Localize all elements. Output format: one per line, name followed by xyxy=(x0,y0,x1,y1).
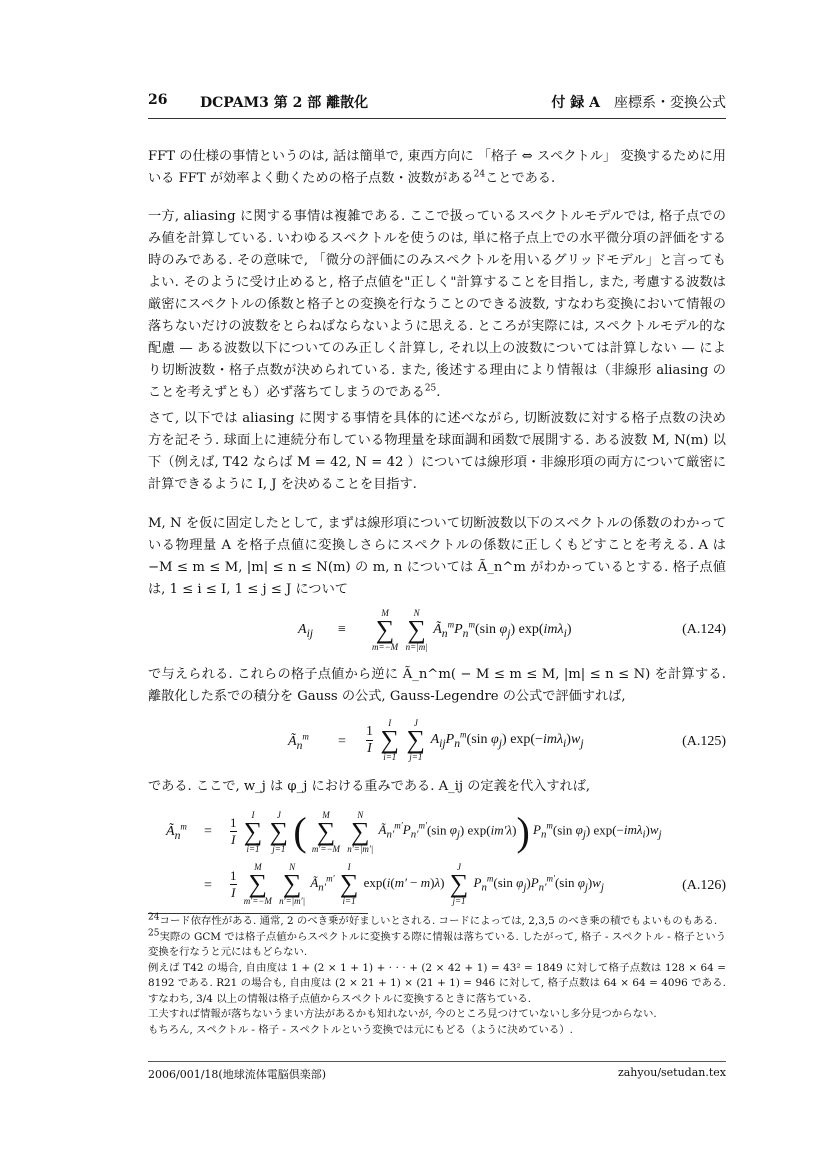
equation-lhs: Ãnm xyxy=(166,824,187,842)
footer-filename: zahyou/setudan.tex xyxy=(618,1066,726,1079)
paragraph-fft: FFT の仕様の事情というのは, 話は簡単で, 東西方向に 「格子 ⇔ スペクト… xyxy=(148,146,726,190)
header-rule xyxy=(148,118,726,119)
equation-a124: Aij ≡ M∑m=−M N∑n=|m| ÃnmPnm(sin φj) exp(… xyxy=(148,608,726,656)
paragraph-aliasing: 一方, aliasing に関する事情は複雑である. ここで扱っているスペクトル… xyxy=(148,206,726,404)
paragraph-tail: ことである. xyxy=(485,171,555,186)
equation-relation: = xyxy=(204,824,212,840)
equation-number: (A.126) xyxy=(682,878,726,894)
equation-lhs: Aij xyxy=(298,622,313,640)
appendix-title: 座標系・変換公式 xyxy=(614,95,726,111)
equation-relation: ≡ xyxy=(338,622,346,638)
part-title: DCPAM3 第 2 部 離散化 xyxy=(200,92,368,112)
paragraph-inverse: で与えられる. これらの格子点値から逆に Ã_n^m( − M ≤ m ≤ M,… xyxy=(148,664,726,708)
page-number: 26 xyxy=(148,92,167,108)
paragraph-truncation: さて, 以下では aliasing に関する事情を具体的に述べながら, 切断波数… xyxy=(148,408,726,496)
equation-rhs: M∑m=−M N∑n=|m| ÃnmPnm(sin φj) exp(imλi) xyxy=(370,608,572,652)
footer-date: 2006/001/18(地球流体電脳倶楽部) xyxy=(148,1066,326,1082)
paragraph-text: FFT の仕様の事情というのは, 話は簡単で, 東西方向に 「格子 ⇔ スペクト… xyxy=(148,149,726,186)
chapter-title: 付 録 A座標系・変換公式 xyxy=(551,92,726,112)
running-header: 26 DCPAM3 第 2 部 離散化 付 録 A座標系・変換公式 xyxy=(148,92,726,114)
equation-substitution: Ãnm = 1I I∑i=1 J∑j=1 ( M∑m′=−M N∑n′=|m′|… xyxy=(148,808,726,860)
footer-rule xyxy=(148,1061,726,1062)
paragraph-tail: . xyxy=(436,385,440,400)
footnote-25: 25実際の GCM では格子点値からスペクトルに変換する際に情報は落ちている. … xyxy=(148,930,726,961)
paragraph-text: M, N を仮に固定したとして, まずは線形項について切断波数以下のスペクトルの… xyxy=(148,513,726,601)
paragraph-weights: である. ここで, w_j は φ_j における重みである. A_ij の定義を… xyxy=(148,776,726,798)
footnote-ref-24[interactable]: 24 xyxy=(474,170,485,180)
footnote-24: 24コード依存性がある. 通常, 2 のべき乗が好ましいとされる. コードによっ… xyxy=(148,914,726,930)
equation-number: (A.125) xyxy=(682,734,726,750)
equation-rhs: 1I I∑i=1 J∑j=1 AijPnm(sin φj) exp(−imλi)… xyxy=(366,718,584,762)
paragraph-text: で与えられる. これらの格子点値から逆に Ã_n^m( − M ≤ m ≤ M,… xyxy=(148,664,726,708)
footnotes: 24コード依存性がある. 通常, 2 のべき乗が好ましいとされる. コードによっ… xyxy=(148,914,726,1038)
equation-a126: = 1I M∑m′=−M N∑n′=|m′| Ãn′m′ I∑i=1 exp(i… xyxy=(148,862,726,910)
equation-number: (A.124) xyxy=(682,622,726,638)
equation-relation: = xyxy=(338,734,346,750)
footnote-25-example: 例えば T42 の場合, 自由度は 1 + (2 × 1 + 1) + · · … xyxy=(148,961,726,1008)
footnote-25-note: 工夫すれば情報が落ちないうまい方法があるかも知れないが, 今のところ見つけていな… xyxy=(148,1007,726,1023)
paragraph-text: さて, 以下では aliasing に関する事情を具体的に述べながら, 切断波数… xyxy=(148,408,726,496)
equation-rhs: 1I M∑m′=−M N∑n′=|m′| Ãn′m′ I∑i=1 exp(i(m… xyxy=(230,862,604,906)
paragraph-text: である. ここで, w_j は φ_j における重みである. A_ij の定義を… xyxy=(148,776,726,798)
equation-lhs: Ãnm xyxy=(288,734,309,752)
paragraph-text: 一方, aliasing に関する事情は複雑である. ここで扱っているスペクトル… xyxy=(148,209,726,400)
appendix-label: 付 録 A xyxy=(551,95,600,111)
equation-a125: Ãnm = 1I I∑i=1 J∑j=1 AijPnm(sin φj) exp(… xyxy=(148,718,726,768)
footnote-25-remark: もちろん, スペクトル - 格子 - スペクトルという変換では元にもどる（ように… xyxy=(148,1023,726,1039)
equation-rhs: 1I I∑i=1 J∑j=1 ( M∑m′=−M N∑n′=|m′| Ãn′m′… xyxy=(230,808,662,855)
footnote-ref-25[interactable]: 25 xyxy=(425,384,436,394)
equation-relation: = xyxy=(204,878,212,894)
document-page: 26 DCPAM3 第 2 部 離散化 付 録 A座標系・変換公式 FFT の仕… xyxy=(0,0,826,1169)
paragraph-linear-terms: M, N を仮に固定したとして, まずは線形項について切断波数以下のスペクトルの… xyxy=(148,513,726,601)
